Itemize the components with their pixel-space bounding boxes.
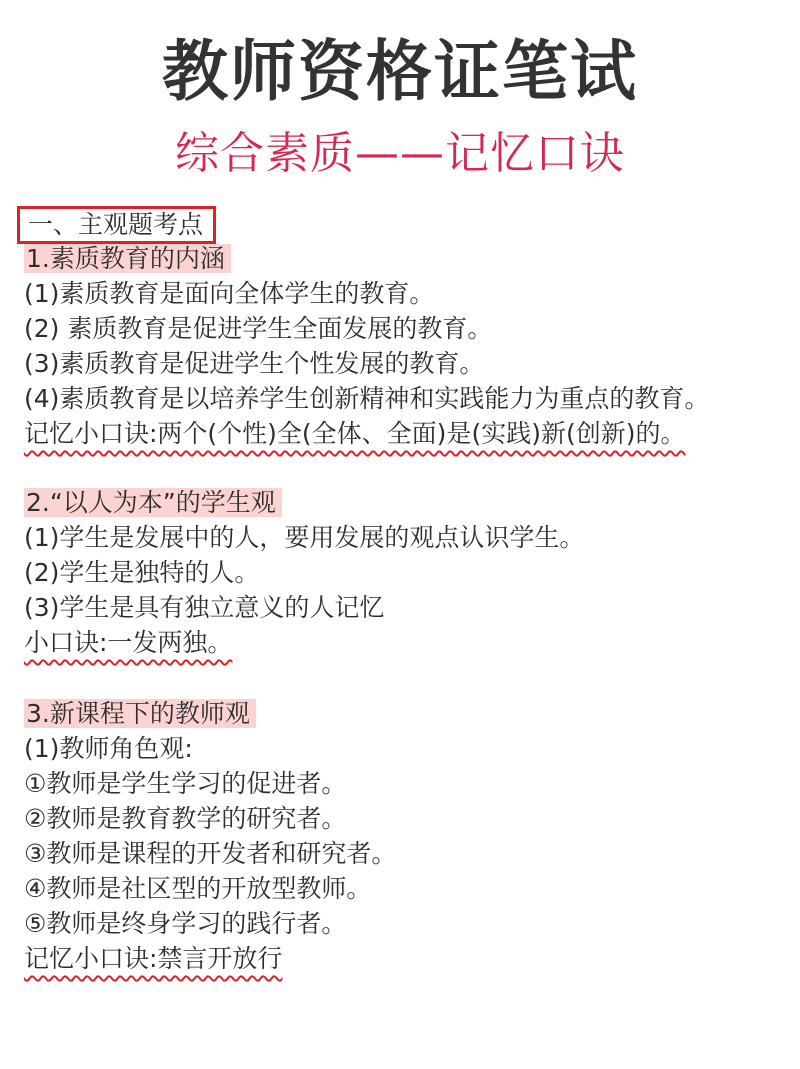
- mnemonic: 记忆小口诀:禁言开放行: [24, 944, 282, 973]
- section-3-heading: 3.新课程下的教师观: [24, 699, 256, 728]
- section-heading-row: 一、主观题考点: [24, 206, 794, 241]
- section-2-heading: 2.“以人为本”的学生观: [24, 488, 282, 517]
- list-item: ②教师是教育教学的研究者。: [24, 801, 794, 836]
- mnemonic: 小口诀:一发两独。: [24, 628, 232, 657]
- list-item: (1)素质教育是面向全体学生的教育。: [24, 276, 794, 311]
- list-item: ③教师是课程的开发者和研究者。: [24, 836, 794, 871]
- boxed-section-heading: 一、主观题考点: [17, 206, 216, 244]
- list-item: (4)素质教育是以培养学生创新精神和实践能力为重点的教育。: [24, 381, 794, 416]
- list-item: ⑤教师是终身学习的践行者。: [24, 906, 794, 941]
- list-item: (3)素质教育是促进学生个性发展的教育。: [24, 346, 794, 381]
- page-title: 教师资格证笔试: [0, 26, 800, 116]
- list-item: (1)教师角色观:: [24, 731, 794, 766]
- spacer: [24, 451, 794, 485]
- mnemonic: 记忆小口诀:两个(个性)全(全体、全面)是(实践)新(创新)的。: [24, 419, 685, 448]
- document-body: 一、主观题考点 1.素质教育的内涵 (1)素质教育是面向全体学生的教育。 (2)…: [24, 206, 794, 976]
- page-subtitle: 综合素质——记忆口诀: [0, 124, 800, 184]
- spacer: [24, 660, 794, 696]
- list-item: (2)学生是独特的人。: [24, 555, 794, 590]
- list-item: ①教师是学生学习的促进者。: [24, 766, 794, 801]
- section-1: 1.素质教育的内涵 (1)素质教育是面向全体学生的教育。 (2) 素质教育是促进…: [24, 241, 794, 451]
- list-item: ④教师是社区型的开放型教师。: [24, 871, 794, 906]
- list-item: (1)学生是发展中的人，要用发展的观点认识学生。: [24, 520, 794, 555]
- section-1-heading: 1.素质教育的内涵: [24, 244, 231, 273]
- list-item: (2) 素质教育是促进学生全面发展的教育。: [24, 311, 794, 346]
- section-2: 2.“以人为本”的学生观 (1)学生是发展中的人，要用发展的观点认识学生。 (2…: [24, 485, 794, 660]
- list-item: (3)学生是具有独立意义的人记忆: [24, 590, 794, 625]
- section-3: 3.新课程下的教师观 (1)教师角色观: ①教师是学生学习的促进者。 ②教师是教…: [24, 696, 794, 976]
